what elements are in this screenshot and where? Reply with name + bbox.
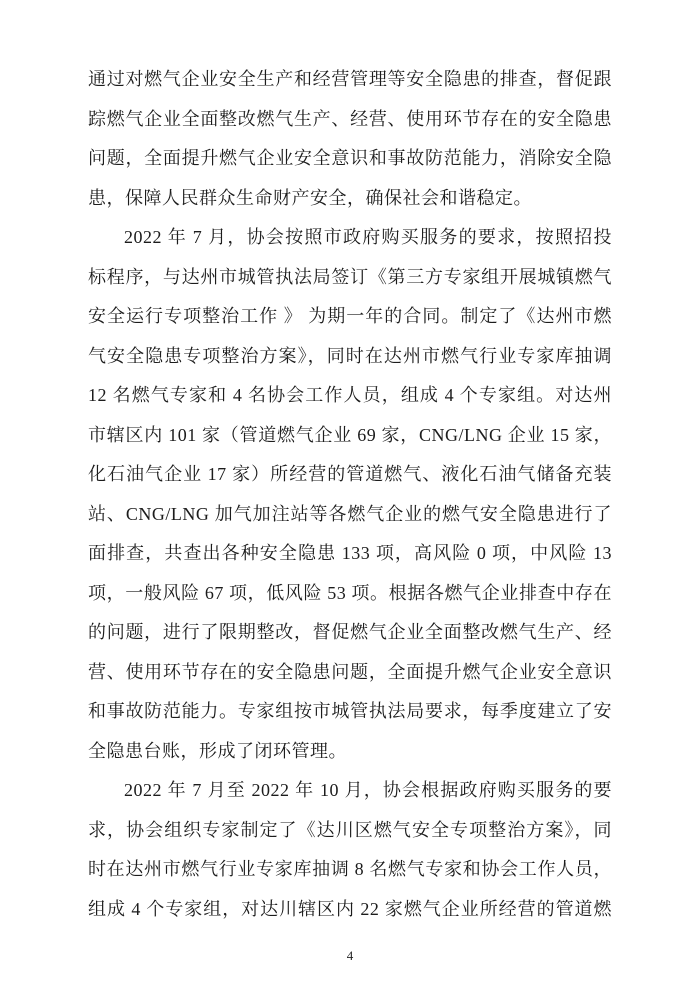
text-line: 时在达州市燃气行业专家库抽调 8 名燃气专家和协会工作人员，	[88, 850, 612, 890]
text-line: 的问题，进行了限期整改，督促燃气企业全面整改燃气生产、经	[88, 613, 612, 653]
page-footer: 4	[0, 946, 700, 966]
text-line: 市辖区内 101 家（管道燃气企业 69 家，CNG/LNG 企业 15 家，液	[88, 416, 612, 456]
text-line: 求，协会组织专家制定了《达川区燃气安全专项整治方案》，同	[88, 811, 612, 851]
text-line: 通过对燃气企业安全生产和经营管理等安全隐患的排查，督促跟	[88, 60, 612, 100]
text-line: 面排查，共查出各种安全隐患 133 项，高风险 0 项，中风险 13	[88, 534, 612, 574]
text-line: 2022 年 7 月至 2022 年 10 月，协会根据政府购买服务的要	[88, 771, 612, 811]
text-line: 全隐患台账，形成了闭环管理。	[88, 732, 612, 772]
text-line: 标程序，与达州市城管执法局签订《第三方专家组开展城镇燃气	[88, 258, 612, 298]
text-line: 化石油气企业 17 家）所经营的管道燃气、液化石油气储备充装	[88, 455, 612, 495]
text-line: 12 名燃气专家和 4 名协会工作人员，组成 4 个专家组。对达州	[88, 376, 612, 416]
page-number: 4	[347, 948, 354, 963]
document-page: 通过对燃气企业安全生产和经营管理等安全隐患的排查，督促跟踪燃气企业全面整改燃气生…	[0, 0, 700, 1000]
text-line: 患，保障人民群众生命财产安全，确保社会和谐稳定。	[88, 179, 612, 219]
text-line: 站、CNG/LNG 加气加注站等各燃气企业的燃气安全隐患进行了全	[88, 495, 612, 535]
text-line: 气安全隐患专项整治方案》，同时在达州市燃气行业专家库抽调	[88, 337, 612, 377]
text-line: 组成 4 个专家组，对达川辖区内 22 家燃气企业所经营的管道燃	[88, 890, 612, 930]
text-line: 和事故防范能力。专家组按市城管执法局要求，每季度建立了安	[88, 692, 612, 732]
document-body: 通过对燃气企业安全生产和经营管理等安全隐患的排查，督促跟踪燃气企业全面整改燃气生…	[88, 60, 612, 929]
text-line: 2022 年 7 月，协会按照市政府购买服务的要求，按照招投	[88, 218, 612, 258]
text-line: 营、使用环节存在的安全隐患问题，全面提升燃气企业安全意识	[88, 653, 612, 693]
text-line: 安全运行专项整治工作 》 为期一年的合同。制定了《达州市燃	[88, 297, 612, 337]
text-line: 项，一般风险 67 项，低风险 53 项。根据各燃气企业排查中存在	[88, 574, 612, 614]
text-line: 问题，全面提升燃气企业安全意识和事故防范能力，消除安全隐	[88, 139, 612, 179]
text-line: 踪燃气企业全面整改燃气生产、经营、使用环节存在的安全隐患	[88, 100, 612, 140]
